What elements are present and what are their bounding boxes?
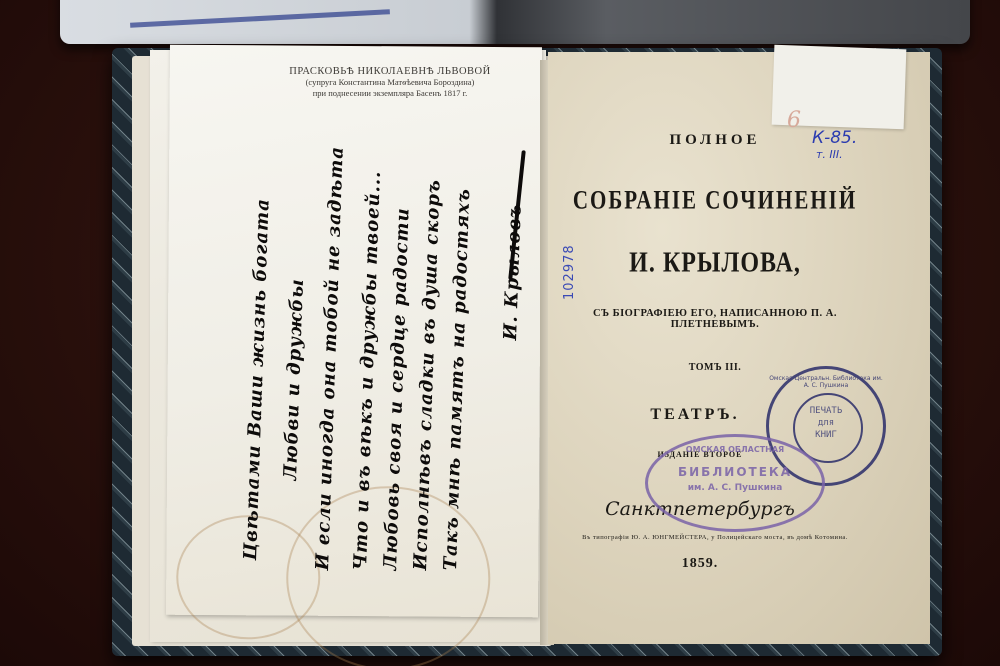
oval-stamp-line: им. А. С. Пушкина bbox=[648, 483, 822, 493]
stamp-ring-text: Омская Центральн. Библиотека им. А. С. П… bbox=[769, 375, 883, 389]
title-author: И. КРЫЛОВА, bbox=[560, 247, 870, 279]
shelfmark-annotation: К-85. т. III. bbox=[812, 128, 857, 161]
oval-stamp-line: ОМСКАЯ ОБЛАСТНАЯ bbox=[648, 445, 822, 454]
stamp-center-line: ПЕЧАТЬ bbox=[769, 405, 883, 417]
handwriting-line: И если иногда она тобой не задѣта bbox=[312, 146, 348, 571]
shelfmark-volume: т. III. bbox=[816, 148, 857, 161]
publication-year: 1859. bbox=[545, 556, 855, 572]
printer-line: Въ типографіи Ю. А. ЮНГМЕЙСТЕРА, у Полиц… bbox=[560, 534, 870, 541]
title-subtitle: СЪ БІОГРАФІЕЮ ЕГО, НАПИСАННОЮ П. А. ПЛЕТ… bbox=[560, 308, 870, 330]
shelfmark-code: К-85. bbox=[812, 128, 857, 148]
dedication-printed-header: ПРАСКОВЬѢ НИКОЛАЕВНѢ ЛЬВОВОЙ (супруга Ко… bbox=[250, 66, 530, 99]
handwriting-line: Любовь своя и сердце радости bbox=[380, 207, 414, 571]
dedicatee-name: ПРАСКОВЬѢ НИКОЛАЕВНѢ ЛЬВОВОЙ bbox=[250, 66, 530, 77]
stamp-center-line: для bbox=[769, 417, 883, 429]
handwriting-line: Любви и дружбы bbox=[280, 278, 308, 481]
title-sobranie: СОБРАНІЕ СОЧИНЕНІЙ bbox=[560, 185, 870, 216]
dedication-occasion: при поднесении экземпляра Басенъ 1817 г. bbox=[250, 88, 530, 99]
pencil-mark: 6 bbox=[787, 108, 801, 133]
inventory-number-stamp: 102978 bbox=[562, 244, 577, 300]
handwriting-line: Исполнѣвъ сладки въ душа скоръ bbox=[410, 179, 445, 571]
handwriting-line: Такъ мнѣ памятъ на радостяхъ bbox=[440, 188, 474, 571]
handwriting-line: Что и въ вѣкъ и дружбы твоей... bbox=[350, 170, 385, 571]
handwriting-line: Цвѣтами Ваши жизнь богата bbox=[240, 198, 274, 561]
dedicatee-spouse: (супруга Константина Матѳѣевича Бороздин… bbox=[250, 77, 530, 88]
stamp-center: ПЕЧАТЬ для КНИГ bbox=[769, 405, 883, 441]
handwritten-inscription: Цвѣтами Ваши жизнь богата Любви и дружбы… bbox=[200, 140, 550, 580]
oval-stamp-line: БИБЛИОТЕКА bbox=[648, 465, 822, 479]
library-oval-stamp: ОМСКАЯ ОБЛАСТНАЯ БИБЛИОТЕКА им. А. С. Пу… bbox=[645, 434, 825, 532]
book-edge-stripe bbox=[130, 9, 390, 28]
stacked-book-above bbox=[60, 0, 970, 44]
stamp-center-line: КНИГ bbox=[769, 429, 883, 441]
